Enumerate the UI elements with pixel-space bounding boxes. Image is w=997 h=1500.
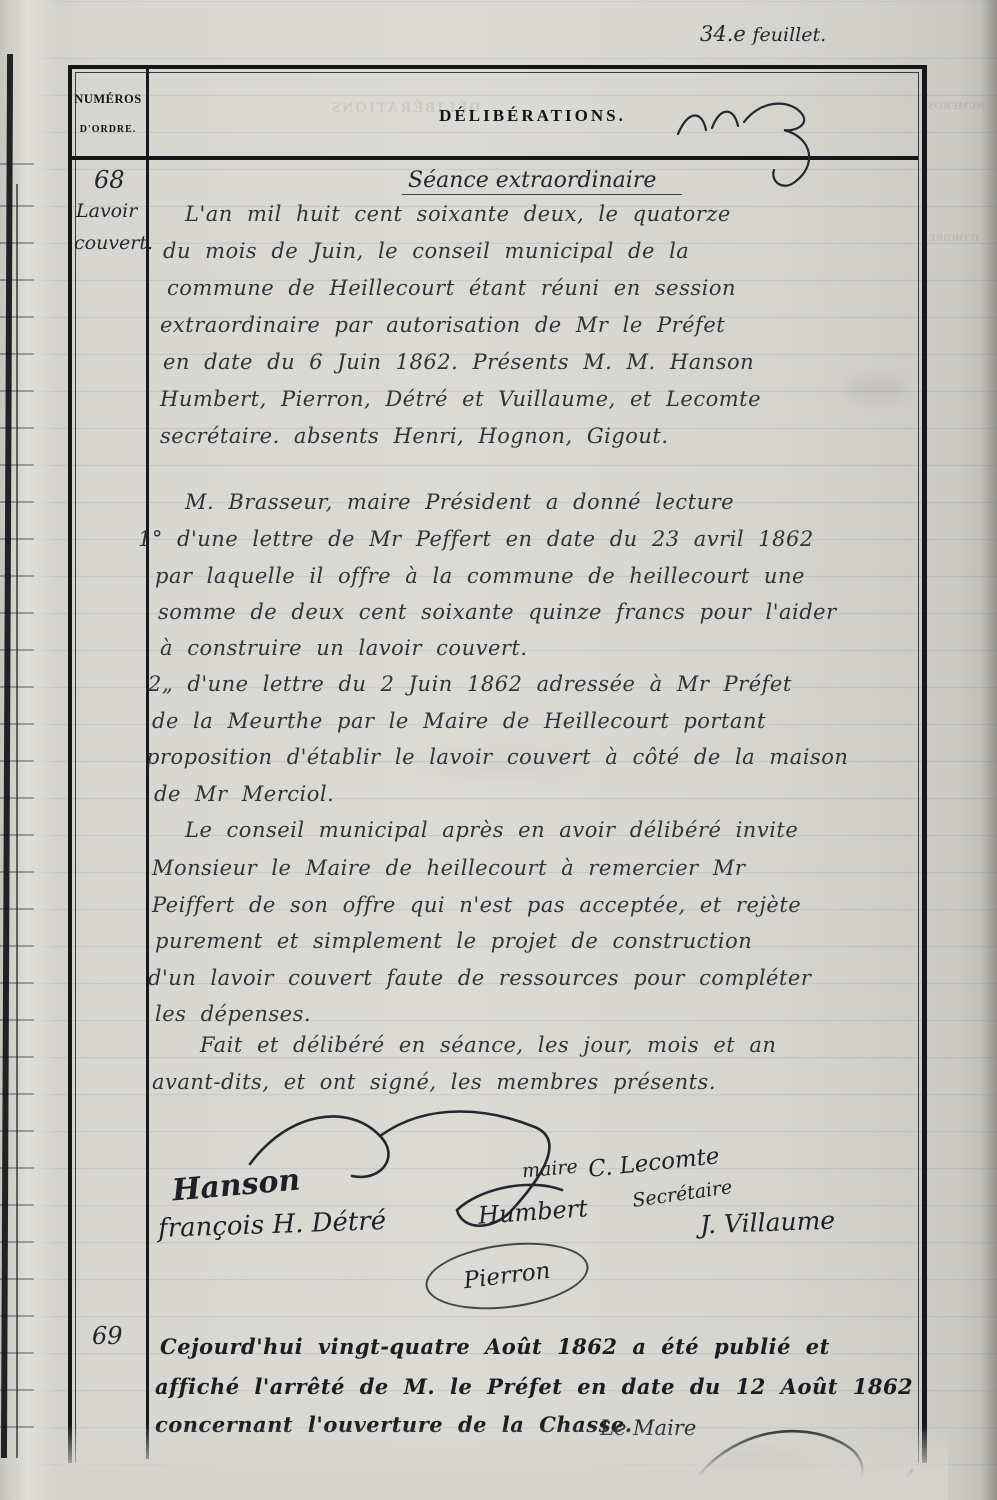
manuscript-line: 2„ d'une lettre du 2 Juin 1862 adressée … [148,672,792,696]
manuscript-line: proposition d'établir le lavoir couvert … [146,745,848,769]
bleed-through-ghost: NUMÉROS [928,100,984,112]
manuscript-line: Fait et délibéré en séance, les jour, mo… [200,1033,776,1057]
manuscript-line: somme de deux cent soixante quinze franc… [158,600,837,624]
order-number-header-line1: NUMÉROS [70,92,146,107]
clerk-paraphe-flourish [660,82,870,197]
manuscript-line: d'un lavoir couvert faute de ressources … [148,966,811,990]
margin-note-line: couvert. [74,232,153,254]
manuscript-line: Le conseil municipal après en avoir déli… [185,818,798,842]
frame-bottom-fade [58,1425,948,1500]
manuscript-line: M. Brasseur, maire Président a donné lec… [185,490,734,514]
margin-note-line: Lavoir [76,200,137,222]
folio-word: feuillet. [753,24,827,46]
folio-label: 34.e feuillet. [700,22,826,46]
manuscript-line: en date du 6 Juin 1862. Présents M. M. H… [163,350,754,374]
manuscript-line: du mois de Juin, le conseil municipal de… [163,239,689,263]
manuscript-line: de la Meurthe par le Maire de Heillecour… [152,709,766,733]
manuscript-line: Cejourd'hui vingt-quatre Août 1862 a été… [160,1334,830,1359]
manuscript-line: de Mr Merciol. [154,782,334,806]
order-number: 69 [92,1322,123,1350]
session-heading: Séance extraordinaire [402,168,682,195]
manuscript-line: à construire un lavoir couvert. [160,636,528,660]
manuscript-line: purement et simplement le projet de cons… [155,929,752,953]
manuscript-line: Monsieur le Maire de heillecourt à remer… [152,856,745,880]
manuscript-line: Peiffert de son offre qui n'est pas acce… [152,893,801,917]
folio-number: 34.e [700,22,746,46]
order-number: 68 [94,166,125,194]
manuscript-line: les dépenses. [155,1002,311,1026]
signature-pierron: Pierron [462,1258,552,1294]
order-number-header-line2: D'ORDRE. [70,124,146,135]
manuscript-line: extraordinaire par autorisation de Mr le… [160,313,725,337]
manuscript-line: commune de Heillecourt étant réuni en se… [167,276,736,300]
manuscript-line: par laquelle il offre à la commune de he… [155,564,805,588]
manuscript-line: affiché l'arrêté de M. le Préfet en date… [155,1374,913,1399]
manuscript-line: 1° d'une lettre de Mr Peffert en date du… [138,527,814,551]
page-right-edge-shadow [981,0,997,1500]
manuscript-line: L'an mil huit cent soixante deux, le qua… [185,202,731,226]
manuscript-line: Humbert, Pierron, Détré et Vuillaume, et… [160,387,761,411]
signature-villaume: J. Villaume [700,1206,836,1240]
manuscript-line: avant-dits, et ont signé, les membres pr… [152,1070,716,1094]
bleed-through-ghost: D'ORDRE [928,232,979,244]
previous-page-inner-border [16,184,18,1458]
manuscript-line: secrétaire. absents Henri, Hognon, Gigou… [160,424,669,448]
